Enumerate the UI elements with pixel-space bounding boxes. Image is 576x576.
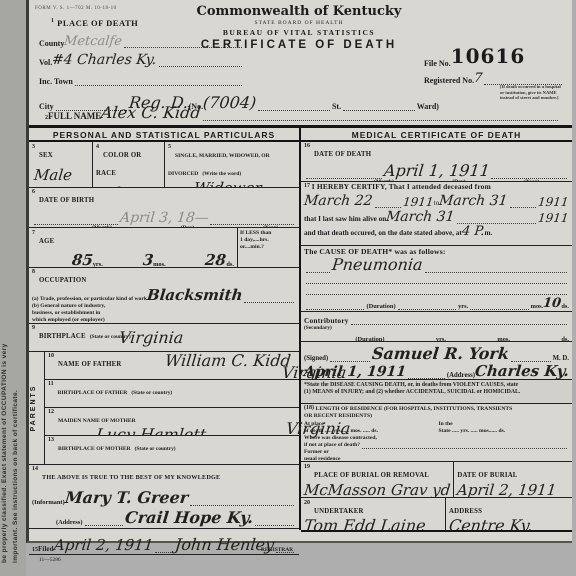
place-of-death-label: 1 PLACE OF DEATH: [51, 18, 439, 28]
certificate-paper: FORM V. S. 1—702 M. 10-18-10 Commonwealt…: [26, 0, 572, 543]
md-caption: M. D.: [553, 355, 569, 362]
date-of-burial-value: April 2, 1911: [457, 483, 558, 498]
truth-statement: THE ABOVE IS TRUE TO THE BEST OF MY KNOW…: [42, 474, 220, 481]
father-name-label: NAME OF FATHER: [58, 361, 121, 368]
left-column-title: PERSONAL AND STATISTICAL PARTICULARS: [29, 128, 299, 142]
date-of-death-row: 16 DATE OF DEATH April 1, 1911 (Month) (…: [301, 142, 572, 182]
dotted-leader: [306, 176, 382, 179]
date-of-burial-label: DATE OF BURIAL: [457, 472, 517, 479]
at-place-cell: At place of death ..... yrs...... mos. .…: [304, 421, 435, 435]
item-number-11: 11: [48, 381, 54, 387]
informant-value: Mary T. Greer: [64, 490, 189, 506]
scan-left-margin: be properly classified. Exact statement …: [0, 0, 26, 576]
item-number-1: 1: [51, 18, 55, 24]
duration-days-value: 10: [543, 297, 562, 310]
informant-address-label: (Address): [56, 519, 83, 526]
parents-section: PARENTS 10 NAME OF FATHER William C. Kid…: [29, 352, 299, 465]
county-label: County: [39, 39, 64, 48]
item-number-7: 7: [32, 230, 35, 236]
dotted-leader: [510, 205, 537, 208]
duration-label: (Duration): [366, 303, 395, 310]
item-number-8: 8: [32, 269, 35, 275]
dotted-leader: [190, 503, 294, 506]
dotted-leader: [362, 446, 567, 449]
item-number-19: 19: [304, 464, 310, 470]
contributory-section: Contributory (Secondary) (Duration) yrs.…: [301, 312, 572, 342]
registrar-signature: John Henley: [174, 537, 275, 553]
informant-address-line: (Address) Crail Hope Ky.: [32, 506, 296, 526]
vol-label: Vol.: [39, 58, 52, 67]
dotted-leader: [159, 64, 242, 67]
scanned-death-certificate: be properly classified. Exact statement …: [0, 0, 576, 576]
medical-certificate-column: MEDICAL CERTIFICATE OF DEATH 16 DATE OF …: [301, 128, 572, 530]
ds-caption: ds.: [561, 303, 569, 310]
dotted-leader: [375, 205, 402, 208]
contracted-line2: if not at place of death?: [304, 442, 569, 449]
dotted-leader: [155, 550, 173, 553]
right-column-title: MEDICAL CERTIFICATE OF DEATH: [301, 128, 572, 142]
age-line: 85 yrs. 3 mos. 28 ds.: [32, 248, 234, 268]
in-state-line2: State ..... yrs. ..... mos...... ds.: [439, 428, 570, 435]
form-number: FORM V. S. 1—702 M. 10-18-10: [35, 6, 117, 11]
physician-signature: Samuel R. York: [371, 346, 510, 362]
attended-to-year: 1911: [538, 196, 570, 208]
commonwealth-title: Commonwealth of Kentucky: [149, 4, 449, 19]
last-saw-text: that I last saw him alive on: [304, 216, 386, 224]
certify-dates-line: March 22 1911 to March 31 1911: [304, 192, 569, 208]
age-years-label: yrs.: [93, 261, 103, 268]
meridiem-caption: m.: [484, 230, 492, 238]
file-no-line: File No. 10616: [424, 44, 564, 68]
in-state-cell: In the State ..... yrs. ..... mos...... …: [439, 421, 570, 435]
dob-label: DATE OF BIRTH: [39, 197, 94, 204]
dotted-leader: [85, 523, 124, 526]
item-number-20: 20: [304, 500, 310, 506]
informant-section: 14 THE ABOVE IS TRUE TO THE BEST OF MY K…: [29, 465, 299, 529]
footnote-line2: (1) MEANS of INJURY; and (2) whether ACC…: [304, 389, 569, 396]
informant-line: (Informant) Mary T. Greer: [32, 486, 296, 506]
informant-address-value: Crail Hope Ky.: [124, 510, 254, 526]
vol-line: Vol. #4 Charles Ky.: [39, 51, 244, 67]
occupation-a-line: (a) Trade, profession, or particular kin…: [32, 287, 296, 303]
registered-no-value: 7: [473, 72, 483, 85]
dob-value: April 3, 18—: [119, 211, 209, 225]
dotted-leader: [306, 281, 567, 284]
last-saw-alive-line: that I last saw him alive on March 31 19…: [304, 208, 569, 224]
undertaker-address-cell: ADDRESS Centre Ky.: [446, 498, 572, 530]
dotted-leader: [124, 45, 242, 48]
file-no-label: File No.: [424, 59, 451, 68]
age-row: 7 AGE 85 yrs. 3 mos. 28 ds.: [29, 228, 299, 268]
mother-birthplace-row: 13 BIRTHPLACE OF MOTHER (State or countr…: [45, 436, 299, 464]
item-number-13: 13: [48, 437, 54, 443]
print-code: 11—5286: [29, 555, 299, 563]
blank-dotted-line: [304, 273, 569, 284]
inc-town-label: Inc. Town: [39, 77, 73, 86]
signed-address-value: Charles Ky.: [474, 364, 570, 379]
date-of-death-line: April 1, 1911: [304, 161, 569, 179]
father-birthplace-label: BIRTHPLACE OF FATHER: [58, 390, 128, 396]
item-number-12: 12: [48, 409, 54, 415]
physician-signature-section: (Signed) Samuel R. York M. D. April 1, 1…: [301, 342, 572, 380]
birthplace-label: BIRTHPLACE: [39, 333, 86, 340]
dotted-leader: [351, 322, 567, 325]
dotted-leader: [306, 292, 567, 295]
item-number-14: 14: [32, 466, 38, 472]
dotted-leader: [244, 300, 294, 303]
sex-race-marital-row: 3 SEX Male 4 COLOR OR RACE White 5 SINGL…: [29, 142, 299, 188]
cause-duration-line: (Duration) yrs. mos. 10 ds.: [304, 295, 569, 310]
inc-town-line: Inc. Town: [39, 70, 244, 86]
mother-name-row: 12 MAIDEN NAME OF MOTHER Lucy Hamlett: [45, 408, 299, 436]
certification-paragraph: 17 I HEREBY CERTIFY, That I attended dec…: [301, 182, 572, 246]
mother-birthplace-value: Virginia: [285, 436, 299, 437]
age-years-value: 85: [71, 253, 93, 268]
full-name-value: Alex C. Kidd: [100, 105, 201, 121]
if-less-line3: or....min.?: [240, 244, 297, 251]
date-of-birth-row: 6 DATE OF BIRTH April 3, 18— (Month) (Da…: [29, 188, 299, 228]
place-of-death-text: PLACE OF DEATH: [57, 18, 138, 28]
signed-label: (Signed): [304, 355, 328, 362]
signed-date-value: April 1, 1911: [303, 365, 406, 379]
county-value: Metcalfe: [64, 35, 123, 48]
undertaker-row: 20 UNDERTAKER Tom Edd Laine ADDRESS Cent…: [301, 498, 572, 532]
residence-label-line1: LENGTH OF RESIDENCE (FOR HOSPITALS, INST…: [316, 406, 513, 412]
age-months-value: 3: [142, 253, 154, 268]
age-label: AGE: [39, 238, 54, 245]
occupation-b-line3: which employed (or employer): [32, 317, 296, 324]
age-days-value: 28: [205, 253, 227, 268]
item-number-6: 6: [32, 189, 35, 195]
last-saw-date: March 31: [386, 210, 456, 224]
sex-cell: 3 SEX Male: [29, 142, 93, 187]
yrs-caption: yrs.: [458, 303, 468, 310]
occupation-row: 8 OCCUPATION (a) Trade, profession, or p…: [29, 268, 299, 324]
certificate-body: PERSONAL AND STATISTICAL PARTICULARS 3 S…: [29, 128, 572, 530]
item-number-16: 16: [304, 143, 310, 149]
place-of-burial-cell: 19 PLACE OF BURIAL OR REMOVAL McMasson G…: [301, 462, 454, 497]
at-place-line2: of death ..... yrs...... mos. ..... ds.: [304, 428, 435, 435]
dotted-leader: [398, 307, 456, 310]
father-birthplace-value: Virginia: [281, 380, 299, 381]
item-number-4: 4: [96, 144, 99, 150]
cause-of-death-value: Pneumonia: [331, 257, 423, 273]
dotted-leader: [75, 83, 242, 86]
cause-line: Pneumonia: [304, 256, 569, 273]
margin-instruction-line1: be properly classified. Exact statement …: [1, 8, 8, 563]
dotted-leader: [210, 222, 294, 225]
mother-birthplace-sublabel: (State or country): [135, 446, 176, 452]
contributory-duration-line: (Duration) yrs. mos. ds.: [304, 331, 569, 342]
in-state-line1: In the: [439, 421, 570, 428]
contracted-question: if not at place of death?: [304, 442, 360, 449]
filed-date-value: April 2, 1911: [53, 538, 154, 553]
if-less-line1: If LESS than: [240, 230, 297, 237]
undertaker-label: UNDERTAKER: [314, 508, 364, 515]
place-of-burial-value: McMasson Grav yd: [303, 483, 451, 498]
filed-label: Filed: [38, 546, 54, 553]
attended-from-year: 1911: [403, 196, 435, 208]
residence-section: (18) LENGTH OF RESIDENCE (FOR HOSPITALS,…: [301, 404, 572, 462]
undertaker-value: Tom Edd Laine: [303, 518, 426, 532]
mother-name-value: Lucy Hamlett: [95, 427, 207, 436]
place-of-burial-label: PLACE OF BURIAL OR REMOVAL: [314, 472, 429, 479]
age-days-label: ds.: [226, 261, 234, 268]
sex-label: SEX: [39, 152, 53, 159]
county-line: County Metcalfe: [39, 32, 244, 48]
occupation-a-label: (a) Trade, profession, or particular kin…: [32, 296, 147, 303]
contracted-line1: Where was disease contracted,: [304, 435, 569, 442]
full-name-line: 2 FULL NAME Alex C. Kidd: [45, 99, 560, 121]
father-birthplace-row: 11 BIRTHPLACE OF FATHER (State or countr…: [45, 380, 299, 408]
contributory-label: Contributory: [304, 316, 349, 325]
certificate-header: FORM V. S. 1—702 M. 10-18-10 Commonwealt…: [29, 0, 572, 128]
item-number-3: 3: [32, 144, 35, 150]
vol-value: #4 Charles Ky.: [52, 53, 158, 67]
dotted-leader: [408, 376, 445, 379]
item-number-10: 10: [48, 353, 54, 359]
occupation-value: Blacksmith: [146, 288, 243, 303]
marital-value: Widower: [193, 181, 262, 188]
birthplace-value: Virginia: [118, 330, 184, 346]
marital-cell: 5 SINGLE, MARRIED, WIDOWED, OR DIVORCED …: [165, 142, 299, 187]
age-cell: 7 AGE 85 yrs. 3 mos. 28 ds.: [29, 228, 237, 267]
last-saw-year: 1911: [538, 212, 570, 224]
item-number-9: 9: [32, 325, 35, 331]
death-occured-text: and that death occured, on the date stat…: [304, 230, 462, 238]
item-number-17: 17: [304, 183, 310, 189]
parents-fields: 10 NAME OF FATHER William C. Kidd 11 BIR…: [45, 352, 299, 464]
file-no-value: 10616: [451, 44, 526, 68]
undertaker-address-label: ADDRESS: [449, 508, 482, 515]
registered-no-label: Registered No.: [424, 76, 474, 85]
race-label: COLOR OR RACE: [96, 152, 141, 177]
dotted-leader: [330, 359, 370, 362]
date-of-death-value: April 1, 1911: [383, 163, 491, 179]
father-birthplace-sublabel: (State or country): [131, 390, 172, 396]
undertaker-cell: 20 UNDERTAKER Tom Edd Laine: [301, 498, 446, 530]
filed-row: 15 Filed April 2, 1911 John Henley REGIS…: [29, 529, 299, 555]
margin-instruction-line2: important. See instructions on back of c…: [12, 8, 19, 563]
birthplace-row: 9 BIRTHPLACE (State or country) Virginia: [29, 324, 299, 352]
sex-value: Male: [33, 168, 73, 183]
item-number-18: (18): [304, 405, 314, 411]
dotted-leader: [470, 307, 528, 310]
contributory-line: Contributory: [304, 313, 569, 325]
certify-lead-text: I HEREBY CERTIFY, That I attended deceas…: [312, 182, 491, 191]
mother-birthplace-label: BIRTHPLACE OF MOTHER: [58, 446, 131, 452]
if-less-than-cell: If LESS than 1 day,....hrs. or....min.?: [237, 228, 299, 267]
if-less-line2: 1 day,....hrs.: [240, 237, 297, 244]
footnote-section: *State the DISEASE CAUSING DEATH, or, in…: [301, 380, 572, 404]
dotted-leader: [255, 523, 294, 526]
signed-line: (Signed) Samuel R. York M. D.: [304, 343, 569, 362]
age-months-label: mos.: [153, 261, 166, 268]
informant-label: (Informant): [32, 499, 65, 506]
death-hour-value: 4 P.: [461, 225, 485, 238]
full-name-label: FULL NAME: [48, 111, 101, 121]
race-cell: 4 COLOR OR RACE White: [93, 142, 165, 187]
occupation-b-label3: which employed (or employer): [32, 317, 105, 324]
dob-line: April 3, 18—: [32, 207, 296, 225]
burial-row: 19 PLACE OF BURIAL OR REMOVAL McMasson G…: [301, 462, 572, 498]
mother-name-label: MAIDEN NAME OF MOTHER: [58, 418, 136, 424]
blank-dotted-line: [304, 284, 569, 295]
dotted-leader: [203, 118, 558, 121]
attended-to-date: March 31: [439, 194, 509, 208]
death-occured-line: and that death occured, on the date stat…: [304, 224, 569, 238]
date-of-death-label: DATE OF DEATH: [314, 151, 371, 158]
dotted-leader: [306, 307, 364, 310]
signed-address-line: April 1, 1911 (Address) Charles Ky.: [304, 362, 569, 379]
at-place-line1: At place: [304, 421, 435, 428]
parents-label: PARENTS: [30, 385, 37, 432]
residence-label-line2: OR RECENT RESIDENTS): [304, 413, 569, 420]
parents-vertical-label-cell: PARENTS: [29, 352, 45, 464]
registrar-caption: REGISTRAR: [261, 547, 293, 553]
occupation-label: OCCUPATION: [39, 277, 86, 284]
dotted-leader: [425, 270, 567, 273]
father-name-value: William C. Kidd: [165, 353, 293, 369]
residence-grid: At place of death ..... yrs...... mos. .…: [304, 421, 569, 435]
signed-address-label: (Address): [447, 372, 475, 379]
father-name-row: 10 NAME OF FATHER William C. Kidd: [45, 352, 299, 380]
marital-sublabel: (Write the word): [202, 171, 241, 177]
undertaker-address-value: Centre Ky.: [448, 518, 533, 532]
personal-particulars-column: PERSONAL AND STATISTICAL PARTICULARS 3 S…: [29, 128, 301, 530]
file-number-block: File No. 10616 Registered No. 7: [424, 44, 564, 85]
dotted-leader: [306, 270, 330, 273]
item-number-5: 5: [168, 144, 171, 150]
date-of-burial-cell: DATE OF BURIAL April 2, 1911: [454, 462, 572, 497]
occupation-b-line2: business, or establishment in: [32, 310, 296, 317]
former-residence-line1: Former or: [304, 449, 569, 456]
cause-of-death-section: The CAUSE OF DEATH* was as follows: Pneu…: [301, 246, 572, 312]
occupation-b-line1: (b) General nature of industry,: [32, 303, 296, 310]
attended-from-date: March 22: [303, 194, 373, 208]
